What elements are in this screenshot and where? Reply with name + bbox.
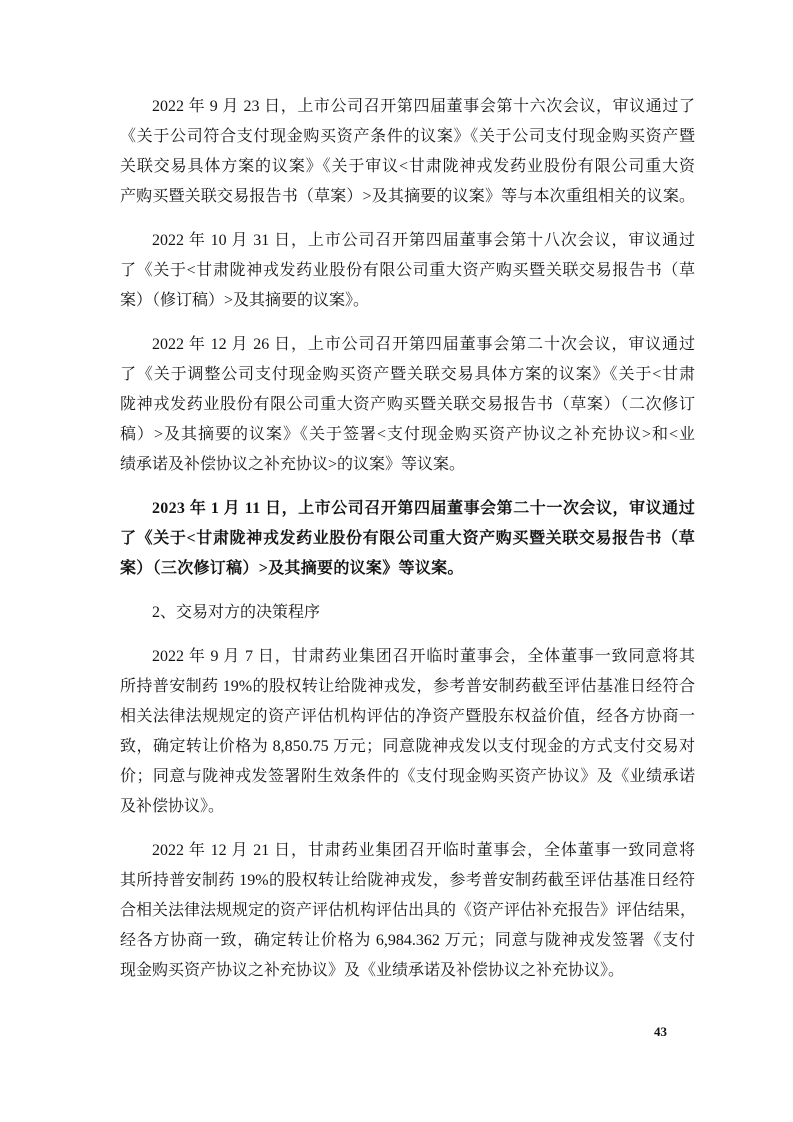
heading-line: 2、交易对方的决策程序 xyxy=(120,598,695,628)
text-line: 《关于公司符合支付现金购买资产条件的议案》《关于公司支付现金购买资产暨 xyxy=(120,122,695,152)
text-line: 稿）>及其摘要的议案》《关于签署<支付现金购买资产协议之补充协议>和<业 xyxy=(120,420,695,450)
bold-paragraph: 2023 年 1 月 11 日，上市公司召开第四届董事会第二十一次会议，审议通过… xyxy=(120,494,695,584)
paragraph: 2022 年 12 月 21 日，甘肃药业集团召开临时董事会，全体董事一致同意将… xyxy=(120,836,695,986)
text-line: 致，确定转让价格为 8,850.75 万元；同意陇神戎发以支付现金的方式支付交易… xyxy=(120,732,695,762)
text-line: 陇神戎发药业股份有限公司重大资产购买暨关联交易报告书（草案）（二次修订 xyxy=(120,390,695,420)
text-line: 价；同意与陇神戎发签署附生效条件的《支付现金购买资产协议》及《业绩承诺 xyxy=(120,762,695,792)
text-line: 了《关于调整公司支付现金购买资产暨关联交易具体方案的议案》《关于<甘肃 xyxy=(120,360,695,390)
text-line: 产购买暨关联交易报告书（草案）>及其摘要的议案》等与本次重组相关的议案。 xyxy=(120,182,695,212)
text-line: 案）（三次修订稿）>及其摘要的议案》等议案。 xyxy=(120,554,695,584)
text-line: 及补偿协议》。 xyxy=(120,792,695,822)
text-line: 案）（修订稿）>及其摘要的议案》。 xyxy=(120,286,695,316)
document-page: 2022 年 9 月 23 日，上市公司召开第四届董事会第十六次会议，审议通过了… xyxy=(0,0,793,1122)
paragraph: 2022 年 10 月 31 日，上市公司召开第四届董事会第十八次会议，审议通过… xyxy=(120,226,695,316)
text-line: 关联交易具体方案的议案》《关于审议<甘肃陇神戎发药业股份有限公司重大资 xyxy=(120,152,695,182)
text-line: 2022 年 10 月 31 日，上市公司召开第四届董事会第十八次会议，审议通过 xyxy=(120,226,695,256)
text-line: 2023 年 1 月 11 日，上市公司召开第四届董事会第二十一次会议，审议通过 xyxy=(120,494,695,524)
text-line: 2022 年 12 月 21 日，甘肃药业集团召开临时董事会，全体董事一致同意将 xyxy=(120,836,695,866)
text-line: 2022 年 12 月 26 日，上市公司召开第四届董事会第二十次会议，审议通过 xyxy=(120,330,695,360)
text-line: 其所持普安制药 19%的股权转让给陇神戎发，参考普安制药截至评估基准日经符 xyxy=(120,866,695,896)
text-line: 2022 年 9 月 23 日，上市公司召开第四届董事会第十六次会议，审议通过了 xyxy=(120,92,695,122)
text-line: 现金购买资产协议之补充协议》及《业绩承诺及补偿协议之补充协议》。 xyxy=(120,956,695,986)
text-line: 了《关于<甘肃陇神戎发药业股份有限公司重大资产购买暨关联交易报告书（草 xyxy=(120,256,695,286)
document-body: 2022 年 9 月 23 日，上市公司召开第四届董事会第十六次会议，审议通过了… xyxy=(120,92,695,1000)
paragraph: 2022 年 12 月 26 日，上市公司召开第四届董事会第二十次会议，审议通过… xyxy=(120,330,695,480)
text-line: 合相关法律法规规定的资产评估机构评估出具的《资产评估补充报告》评估结果， xyxy=(120,896,695,926)
text-line: 了《关于<甘肃陇神戎发药业股份有限公司重大资产购买暨关联交易报告书（草 xyxy=(120,524,695,554)
text-line: 经各方协商一致，确定转让价格为 6,984.362 万元；同意与陇神戎发签署《支… xyxy=(120,926,695,956)
paragraph: 2022 年 9 月 23 日，上市公司召开第四届董事会第十六次会议，审议通过了… xyxy=(120,92,695,212)
text-line: 2022 年 9 月 7 日，甘肃药业集团召开临时董事会，全体董事一致同意将其 xyxy=(120,642,695,672)
section-heading: 2、交易对方的决策程序 xyxy=(120,598,695,628)
page-number: 43 xyxy=(654,1023,667,1041)
text-line: 绩承诺及补偿协议之补充协议>的议案》等议案。 xyxy=(120,450,695,480)
paragraph: 2022 年 9 月 7 日，甘肃药业集团召开临时董事会，全体董事一致同意将其 … xyxy=(120,642,695,822)
text-line: 所持普安制药 19%的股权转让给陇神戎发，参考普安制药截至评估基准日经符合 xyxy=(120,672,695,702)
text-line: 相关法律法规规定的资产评估机构评估的净资产暨股东权益价值，经各方协商一 xyxy=(120,702,695,732)
